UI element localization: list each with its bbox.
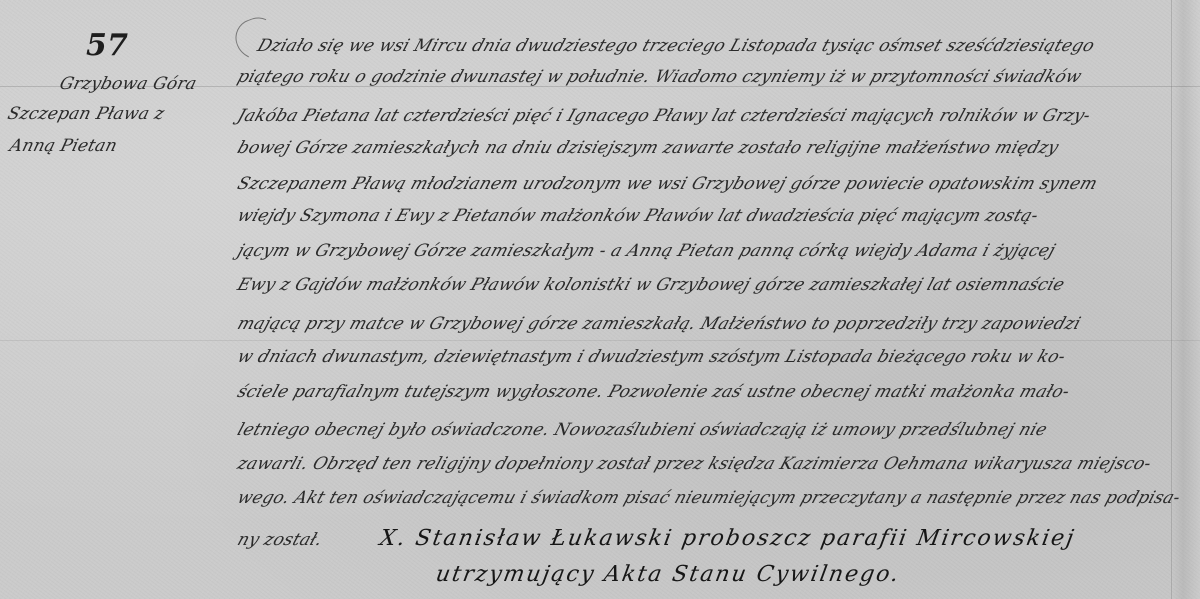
body-line-1: Działo się we wsi Mircu dnia dwudziesteg… bbox=[255, 36, 1097, 56]
priest-signature: X. Stanisław Łukawski proboszcz parafii … bbox=[378, 526, 1077, 551]
body-line-3: Jakóba Pietana lat czterdzieści pięć i I… bbox=[235, 106, 1093, 126]
record-number: 57 bbox=[86, 28, 128, 63]
body-line-9: mającą przy matce w Grzybowej górze zami… bbox=[235, 314, 1083, 334]
body-line-5: Szczepanem Pławą młodzianem urodzonym we… bbox=[235, 174, 1100, 194]
registrar-signature-line: utrzymujący Akta Stanu Cywilnego. bbox=[434, 562, 902, 587]
body-line-12: letniego obecnej było oświadczone. Nowoz… bbox=[235, 420, 1050, 440]
body-line-15: ny został. bbox=[235, 530, 325, 550]
body-line-13: zawarli. Obrzęd ten religijny dopełniony… bbox=[235, 454, 1154, 474]
body-line-7: jącym w Grzybowej Górze zamieszkałym - a… bbox=[235, 241, 1058, 261]
margin-village: Grzybowa Góra bbox=[58, 74, 199, 94]
paper-fold-line bbox=[0, 340, 1200, 341]
body-line-6: wiejdy Szymona i Ewy z Pietanów małżonkó… bbox=[235, 206, 1041, 226]
body-line-14: wego. Akt ten oświadczającemu i świadkom… bbox=[235, 488, 1183, 508]
body-line-4: bowej Górze zamieszkałych na dniu dzisie… bbox=[235, 138, 1061, 158]
margin-groom: Szczepan Pława z bbox=[6, 104, 167, 124]
body-line-10: w dniach dwunastym, dziewiętnastym i dwu… bbox=[235, 347, 1068, 367]
margin-bride: Anną Pietan bbox=[8, 136, 120, 156]
body-line-8: Ewy z Gajdów małżonków Pławów kolonistki… bbox=[235, 275, 1067, 295]
document-page: 57 Grzybowa Góra Szczepan Pława z Anną P… bbox=[0, 0, 1200, 599]
body-line-11: ściele parafialnym tutejszym wygłoszone.… bbox=[235, 382, 1072, 402]
page-edge bbox=[1171, 0, 1200, 599]
body-line-2: piątego roku o godzinie dwunastej w połu… bbox=[235, 67, 1084, 87]
